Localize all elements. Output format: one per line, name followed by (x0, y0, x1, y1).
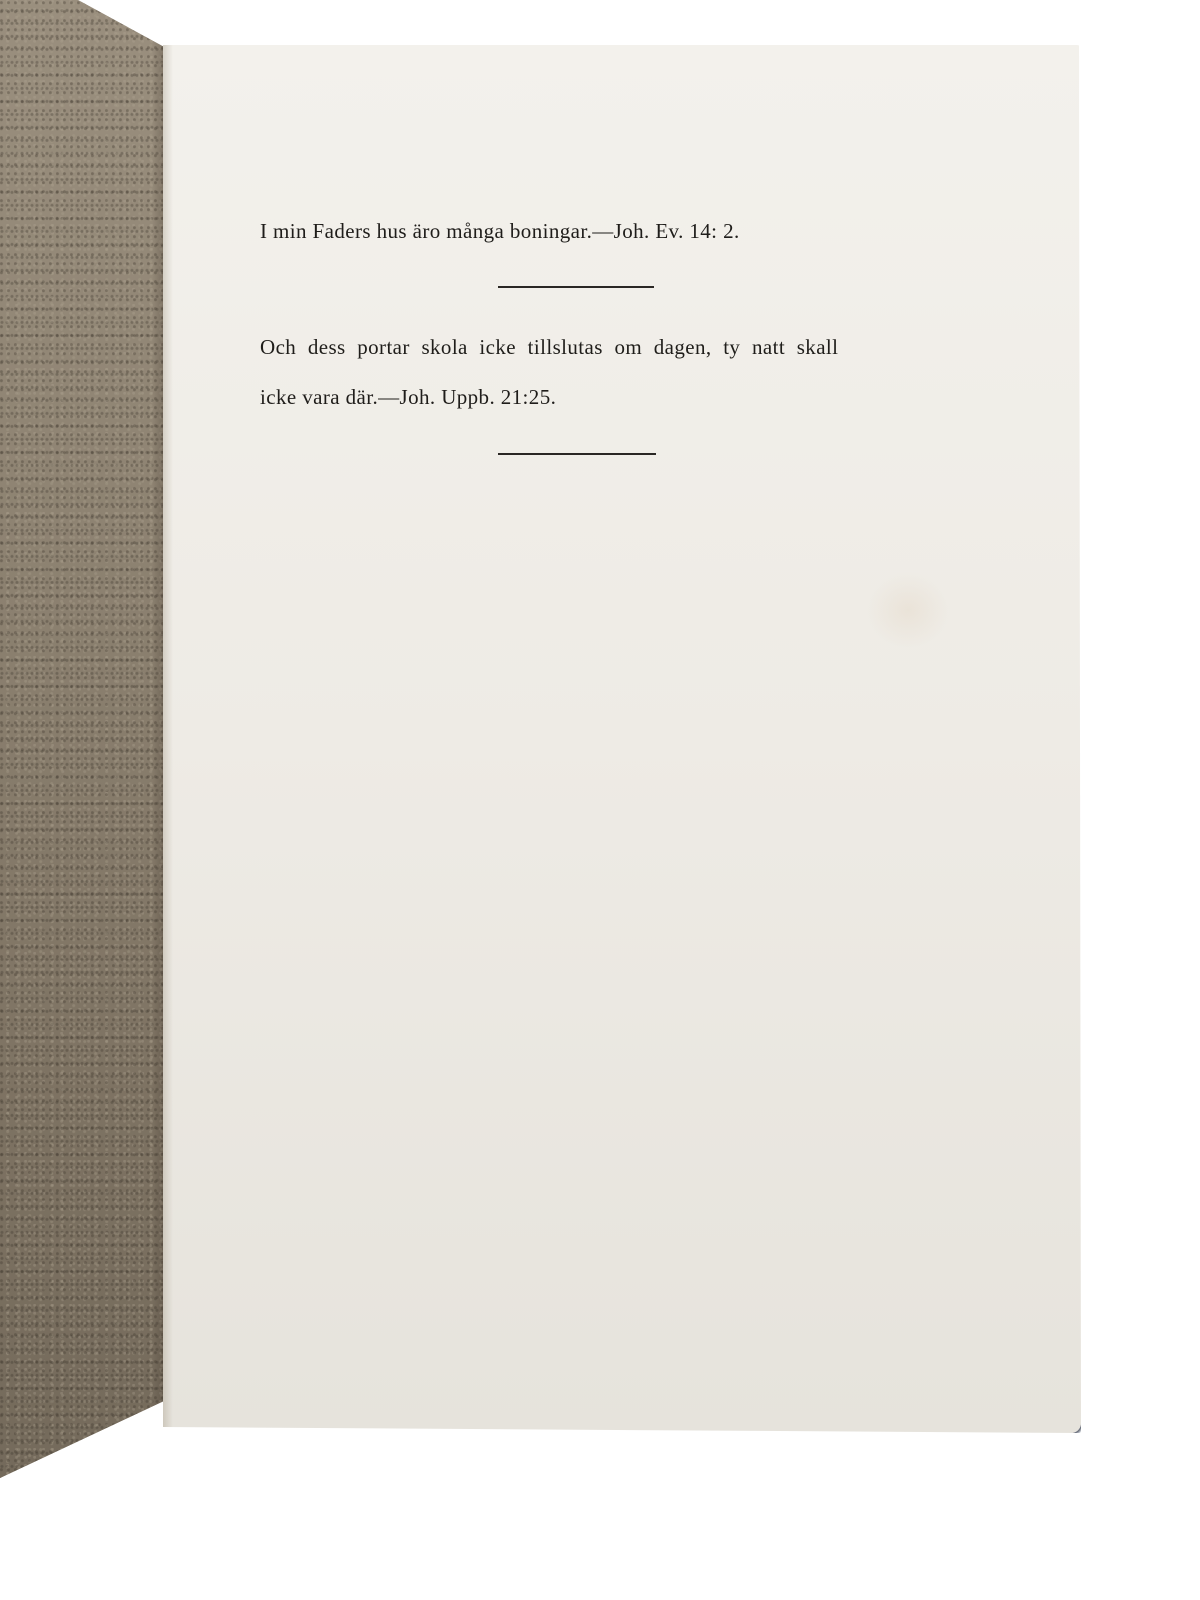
page-gutter-shadow (163, 45, 173, 1433)
photo-scene: I min Faders hus äro många boningar.—Joh… (0, 0, 1200, 1600)
separator-rule (498, 286, 654, 288)
verse-revelation-21-25-line-1: Och dess portar skola icke tillslutas om… (260, 335, 838, 360)
separator-rule (498, 453, 656, 455)
book-cover (0, 0, 166, 1480)
verse-john-14-2: I min Faders hus äro många boningar.—Joh… (260, 219, 740, 244)
verse-revelation-21-25-line-2: icke vara där.—Joh. Uppb. 21:25. (260, 385, 556, 410)
book-page: I min Faders hus äro många boningar.—Joh… (163, 45, 1081, 1433)
